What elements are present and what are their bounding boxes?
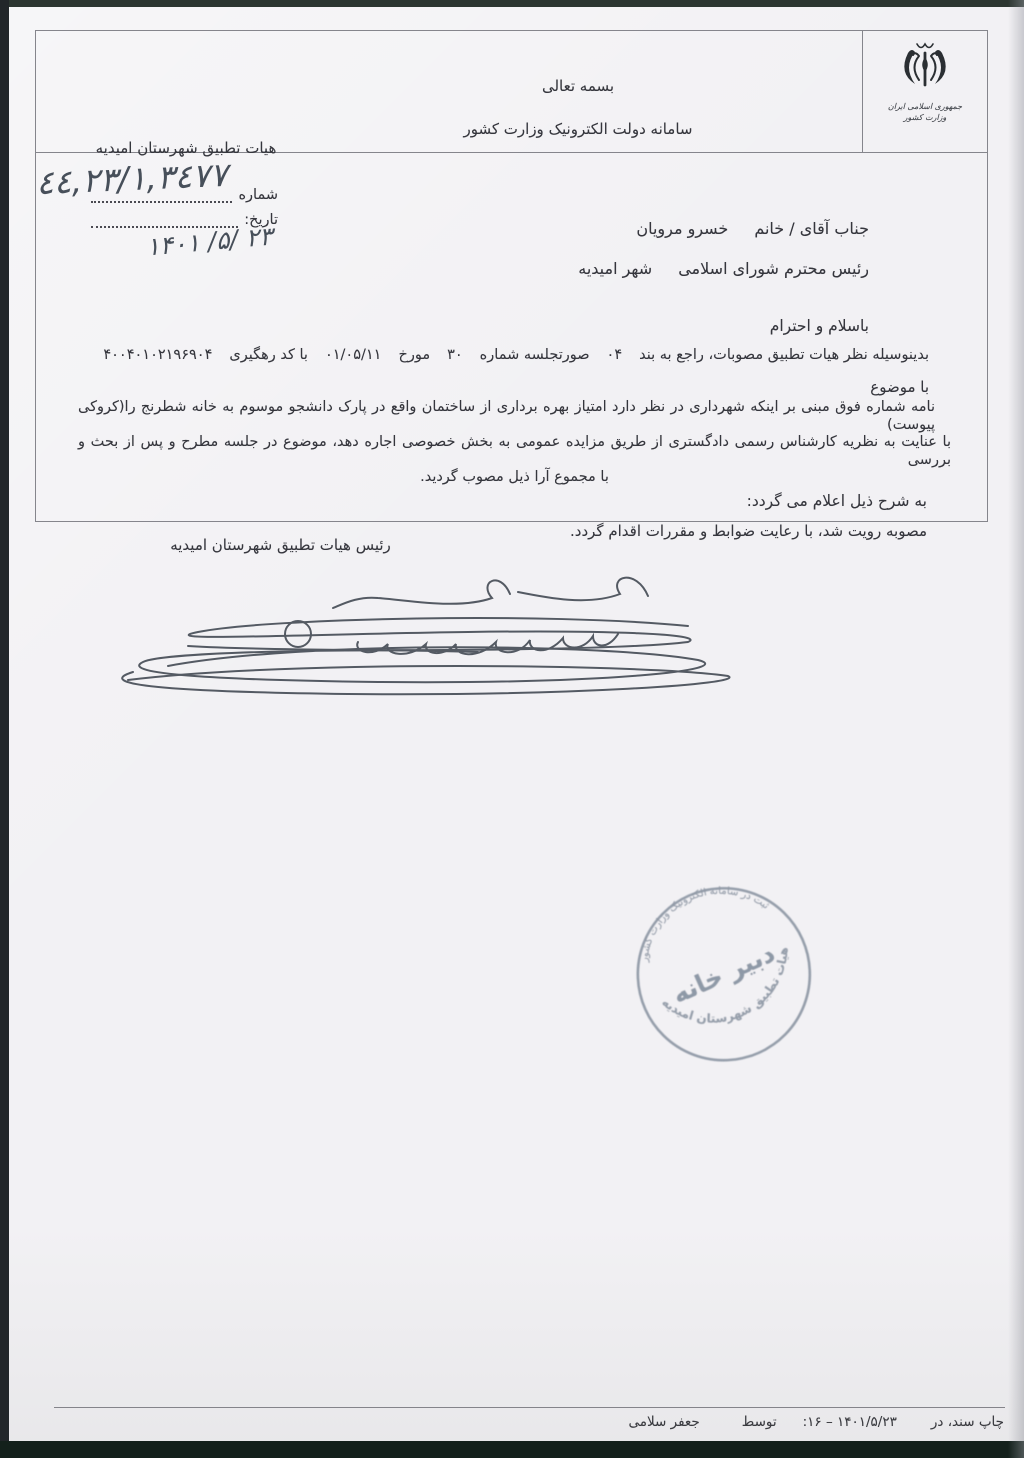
handwritten-number: ٤٤,٢٣/١,٣٤٧٧ xyxy=(35,155,228,202)
body-line-2: با عنایت به نظریه کارشناس رسمی دادگستری … xyxy=(78,434,951,469)
recipient-line-1: جناب آقای / خانم خسرو مرویان xyxy=(578,219,869,238)
subject-label: با موضوع xyxy=(870,378,929,396)
clause-number: ۰۴ xyxy=(607,347,623,363)
recipient-block: جناب آقای / خانم خسرو مرویان رئیس محترم … xyxy=(578,219,869,278)
body-line-3: با مجموع آرا ذیل مصوب گردید. xyxy=(78,469,951,487)
resolution-text: مصوبه رویت شد، با رعایت ضوابط و مقررات ا… xyxy=(570,522,927,540)
recipient-line-2: رئیس محترم شورای اسلامی شهر امیدیه xyxy=(578,259,869,278)
handwritten-signature-icon xyxy=(48,548,768,713)
minutes-date: ۰۱/۰۵/۱۱ xyxy=(325,347,382,363)
header-center-block: بسمه تعالی سامانه دولت الکترونیک وزارت ک… xyxy=(218,77,938,138)
announcement-text: به شرح ذیل اعلام می گردد: xyxy=(747,492,927,510)
footer-divider-line xyxy=(54,1407,1005,1408)
scan-edge-left xyxy=(0,0,9,1458)
letter-frame: جمهوری اسلامی ایران وزارت کشور بسمه تعال… xyxy=(35,30,988,522)
scan-edge-top xyxy=(0,0,1024,7)
recipient-place: شهر امیدیه xyxy=(578,259,652,278)
footer-printed-label: چاپ سند، در xyxy=(931,1414,1004,1430)
recipient-name: خسرو مرویان xyxy=(636,219,728,238)
tracking-label: با کد رهگیری xyxy=(229,347,308,363)
minutes-label: صورتجلسه شماره xyxy=(480,347,590,363)
body-paragraph: نامه شماره فوق مبنی بر اینکه شهرداری در … xyxy=(78,399,951,487)
reference-line: بدینوسیله نظر هیات تطبیق مصوبات، راجع به… xyxy=(72,347,929,363)
footer-by-label: توسط xyxy=(742,1414,777,1430)
scanned-letter-page: جمهوری اسلامی ایران وزارت کشور بسمه تعال… xyxy=(0,0,1024,1458)
reference-intro: بدینوسیله نظر هیات تطبیق مصوبات، راجع به… xyxy=(639,347,929,363)
minutes-number: ۳۰ xyxy=(447,347,463,363)
recipient-title: رئیس محترم شورای اسلامی xyxy=(678,259,869,278)
number-label: شماره xyxy=(238,187,278,203)
board-title: هیات تطبیق شهرستان امیدیه xyxy=(76,139,296,157)
footer-by-name: جعفر سلامی xyxy=(628,1414,699,1430)
scan-edge-bottom xyxy=(0,1441,1024,1458)
tracking-code: ۴۰۰۴۰۱۰۲۱۹۶۹۰۴ xyxy=(103,347,212,363)
bismillah-text: بسمه تعالی xyxy=(218,77,938,95)
footer-print-info: چاپ سند، در :۱۶ – ۱۴۰۱/۵/۲۳ توسط جعفر سل… xyxy=(628,1414,1004,1430)
footer-time-date: :۱۶ – ۱۴۰۱/۵/۲۳ xyxy=(803,1414,897,1430)
system-title: سامانه دولت الکترونیک وزارت کشور xyxy=(218,120,938,138)
body-line-1: نامه شماره فوق مبنی بر اینکه شهرداری در … xyxy=(78,399,951,434)
greeting-text: باسلام و احترام xyxy=(770,317,869,335)
recipient-salutation: جناب آقای / خانم xyxy=(754,219,869,238)
dated-label: مورخ xyxy=(398,347,430,363)
